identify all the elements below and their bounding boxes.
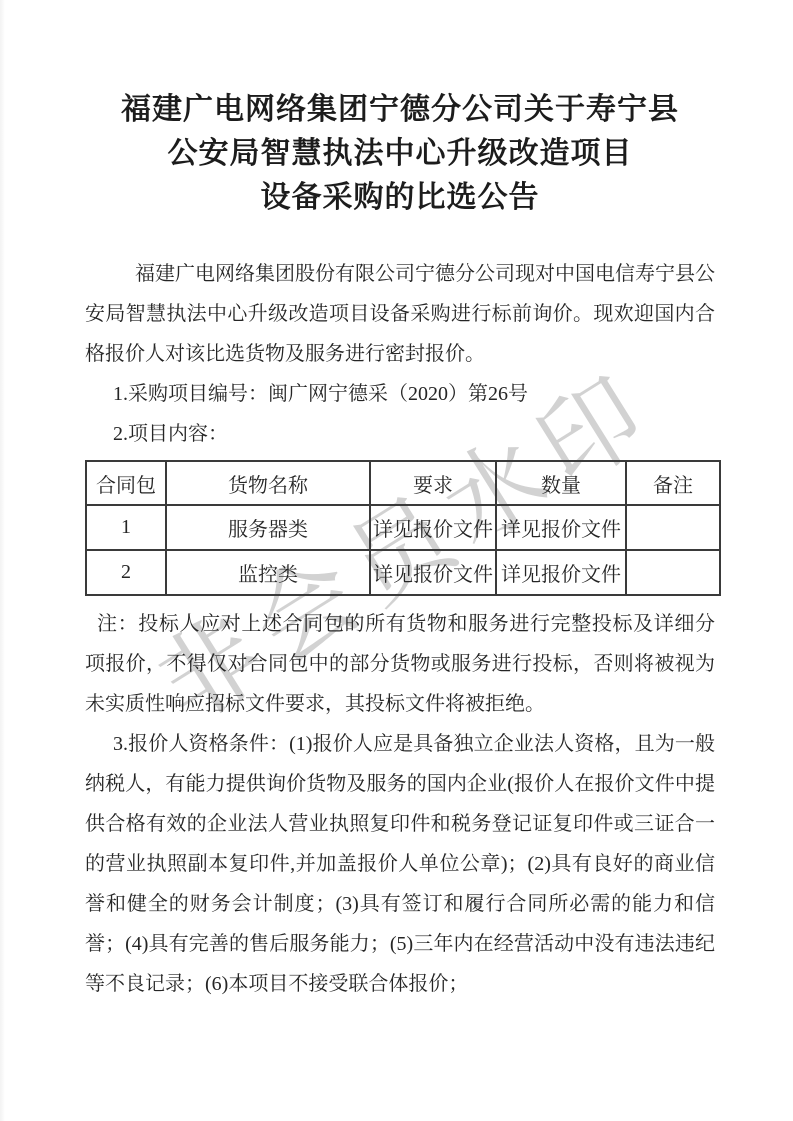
table-cell: [626, 550, 720, 595]
table-row: 1 服务器类 详见报价文件 详见报价文件: [86, 505, 720, 550]
table-cell: 2: [86, 550, 166, 595]
procurement-number-line: 1.采购项目编号：闽广网宁德采（2020）第26号: [85, 374, 715, 414]
table-cell: 详见报价文件: [370, 550, 496, 595]
project-content-table: 合同包 货物名称 要求 数量 备注 1 服务器类 详见报价文件 详见报价文件 2: [85, 460, 721, 596]
intro-paragraph: 福建广电网络集团股份有限公司宁德分公司现对中国电信寿宁县公安局智慧执法中心升级改…: [85, 254, 715, 374]
table-row: 2 监控类 详见报价文件 详见报价文件: [86, 550, 720, 595]
document-content: 福建广电网络集团宁德分公司关于寿宁县 公安局智慧执法中心升级改造项目 设备采购的…: [0, 0, 793, 1004]
table-cell: 服务器类: [166, 505, 370, 550]
table-cell: 详见报价文件: [496, 550, 626, 595]
scanned-document-page: 非会员水印 福建广电网络集团宁德分公司关于寿宁县 公安局智慧执法中心升级改造项目…: [0, 0, 793, 1121]
table-cell: 监控类: [166, 550, 370, 595]
document-title-line-2: 公安局智慧执法中心升级改造项目: [85, 132, 715, 176]
table-cell: [626, 505, 720, 550]
table-header-goods-name: 货物名称: [166, 461, 370, 505]
table-header-row: 合同包 货物名称 要求 数量 备注: [86, 461, 720, 505]
scan-edge-artifact: [0, 0, 5, 1121]
note-paragraph: 注：投标人应对上述合同包的所有货物和服务进行完整投标及详细分项报价，不得仅对合同…: [85, 604, 715, 724]
project-content-line: 2.项目内容：: [85, 414, 715, 454]
table-header-quantity: 数量: [496, 461, 626, 505]
document-title-line-3: 设备采购的比选公告: [85, 176, 715, 220]
document-title: 福建广电网络集团宁德分公司关于寿宁县 公安局智慧执法中心升级改造项目 设备采购的…: [85, 88, 715, 220]
qualification-paragraph: 3.报价人资格条件：(1)报价人应是具备独立企业法人资格，且为一般纳税人，有能力…: [85, 724, 715, 1004]
table-cell: 详见报价文件: [370, 505, 496, 550]
table-cell: 详见报价文件: [496, 505, 626, 550]
table-header-remarks: 备注: [626, 461, 720, 505]
table-cell: 1: [86, 505, 166, 550]
table-header-requirements: 要求: [370, 461, 496, 505]
document-title-line-1: 福建广电网络集团宁德分公司关于寿宁县: [85, 88, 715, 132]
table-header-contract-package: 合同包: [86, 461, 166, 505]
